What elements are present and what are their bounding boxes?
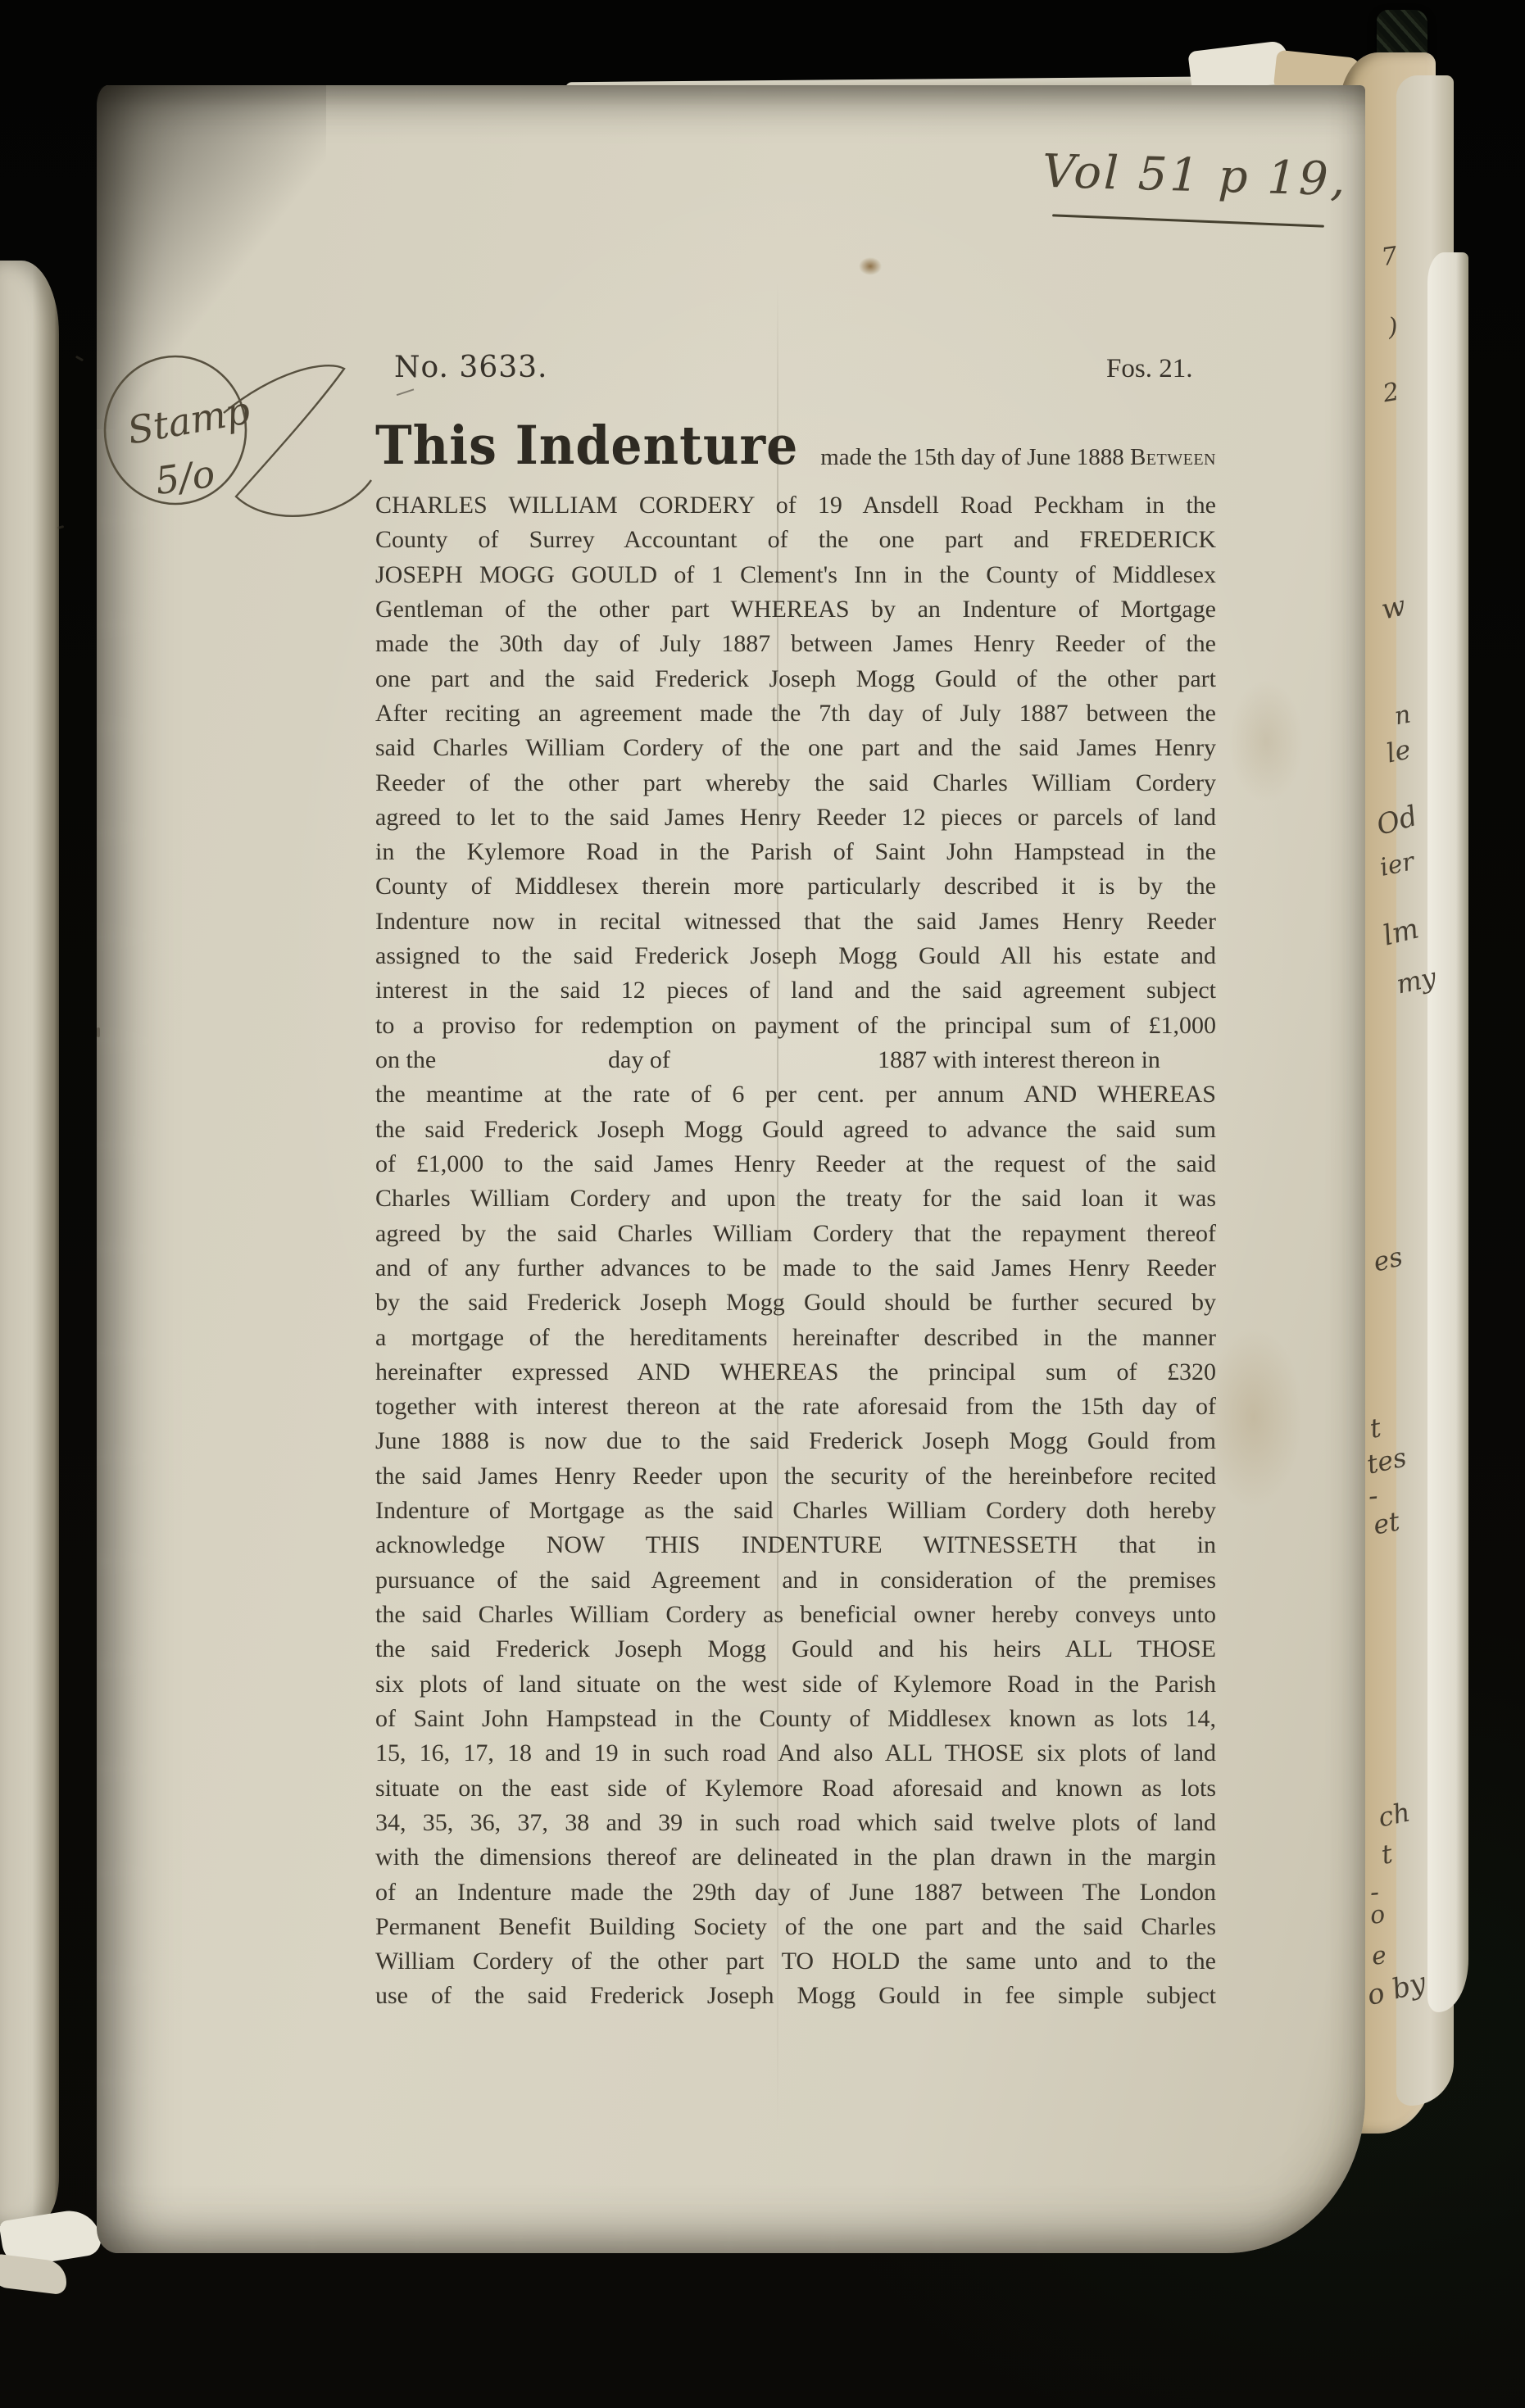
- body-line: William Cordery of the other part TO HOL…: [375, 1944, 1216, 1979]
- indenture-heading: This Indenture made the 15th day of June…: [375, 419, 1216, 492]
- body-line: County of Surrey Accountant of the one p…: [375, 523, 1216, 557]
- stamp-word: Stamp: [124, 388, 253, 452]
- body-line: use of the said Frederick Joseph Mogg Go…: [375, 1979, 1216, 2013]
- body-line: of an Indenture made the 29th day of Jun…: [375, 1875, 1216, 1910]
- body-line: of Saint John Hampstead in the County of…: [375, 1702, 1216, 1736]
- body-line: assigned to the said Frederick Joseph Mo…: [375, 939, 1216, 973]
- body-line: and of any further advances to be made t…: [375, 1251, 1216, 1286]
- body-line: together with interest thereon at the ra…: [375, 1390, 1216, 1424]
- body-line: CHARLES WILLIAM CORDERY of 19 Ansdell Ro…: [375, 488, 1216, 523]
- pencil-mark: [75, 356, 84, 361]
- paper-stain: [1229, 680, 1303, 803]
- handwriting-fragment: ch: [1375, 1796, 1413, 1833]
- scanned-deed-photo: 7)2wnleOdierlmmyesttes-etcht-oeo by Vol …: [0, 0, 1525, 2408]
- body-line: a mortgage of the hereditaments hereinaf…: [375, 1321, 1216, 1355]
- body-line: 34, 35, 36, 37, 38 and 39 in such road w…: [375, 1806, 1216, 1840]
- body-line: interest in the said 12 pieces of land a…: [375, 973, 1216, 1008]
- body-line: Charles William Cordery and upon the tre…: [375, 1181, 1216, 1216]
- body-line: made the 30th day of July 1887 between J…: [375, 627, 1216, 661]
- body-line: County of Middlesex therein more particu…: [375, 869, 1216, 904]
- body-line: hereinafter expressed AND WHEREAS the pr…: [375, 1355, 1216, 1390]
- body-line: of £1,000 to the said James Henry Reeder…: [375, 1147, 1216, 1181]
- body-line: said Charles William Cordery of the one …: [375, 731, 1216, 765]
- body-text: CHARLES WILLIAM CORDERY of 19 Ansdell Ro…: [375, 488, 1216, 2014]
- folio-number: Fos. 21.: [1106, 354, 1192, 384]
- body-line: pursuance of the said Agreement and in c…: [375, 1563, 1216, 1598]
- body-line-segment: 1887 with interest thereon in: [878, 1043, 1160, 1077]
- body-line: by the said Frederick Joseph Mogg Gould …: [375, 1286, 1216, 1320]
- heading-rest-text: made the 15th day of June 1888 Between: [820, 444, 1216, 471]
- pencil-mark: [97, 1027, 100, 1037]
- body-line: After reciting an agreement made the 7th…: [375, 696, 1216, 731]
- body-line: six plots of land situate on the west si…: [375, 1667, 1216, 1702]
- handwritten-volume-note: Vol 51 p 19,: [1042, 145, 1348, 206]
- body-line: the said James Henry Reeder upon the sec…: [375, 1459, 1216, 1494]
- paper-stain: [859, 257, 882, 275]
- body-line-segment: day of: [608, 1043, 670, 1077]
- body-line: the said Frederick Joseph Mogg Gould agr…: [375, 1113, 1216, 1147]
- body-line: on theday of1887 with interest thereon i…: [375, 1043, 1216, 1077]
- body-line: the said Charles William Cordery as bene…: [375, 1598, 1216, 1632]
- body-line: in the Kylemore Road in the Parish of Sa…: [375, 835, 1216, 869]
- pencil-mark: [57, 525, 65, 529]
- body-line: Indenture now in recital witnessed that …: [375, 905, 1216, 939]
- body-line: agreed by the said Charles William Corde…: [375, 1217, 1216, 1251]
- body-line: situate on the east side of Kylemore Roa…: [375, 1771, 1216, 1806]
- heading-date-text: made the 15th day of June 1888: [820, 444, 1123, 470]
- heading-between-text: Between: [1130, 444, 1216, 470]
- heading-gothic-text: This Indenture: [375, 415, 798, 477]
- body-line-segment: on the: [375, 1043, 436, 1077]
- body-line: to a proviso for redemption on payment o…: [375, 1009, 1216, 1043]
- body-line: Indenture of Mortgage as the said Charle…: [375, 1494, 1216, 1528]
- body-line: one part and the said Frederick Joseph M…: [375, 662, 1216, 696]
- body-line: JOSEPH MOGG GOULD of 1 Clement's Inn in …: [375, 558, 1216, 592]
- handwriting-fragment: et: [1371, 1506, 1402, 1541]
- body-line: the said Frederick Joseph Mogg Gould and…: [375, 1632, 1216, 1667]
- body-line: agreed to let to the said James Henry Re…: [375, 800, 1216, 835]
- body-line: June 1888 is now due to the said Frederi…: [375, 1424, 1216, 1458]
- body-line: Reeder of the other part whereby the sai…: [375, 766, 1216, 800]
- body-line: Permanent Benefit Building Society of th…: [375, 1910, 1216, 1944]
- stamp-value: 5/o: [152, 451, 217, 504]
- body-line: with the dimensions thereof are delineat…: [375, 1840, 1216, 1875]
- body-line: acknowledge NOW THIS INDENTURE WITNESSET…: [375, 1528, 1216, 1562]
- next-page-edge-sliver: [1427, 252, 1468, 2012]
- paper-stain: [1205, 1327, 1303, 1508]
- previous-page-edge: [0, 261, 59, 2225]
- body-line: the meantime at the rate of 6 per cent. …: [375, 1077, 1216, 1112]
- body-line: Gentleman of the other part WHEREAS by a…: [375, 592, 1216, 627]
- body-line: 15, 16, 17, 18 and 19 in such road And a…: [375, 1736, 1216, 1771]
